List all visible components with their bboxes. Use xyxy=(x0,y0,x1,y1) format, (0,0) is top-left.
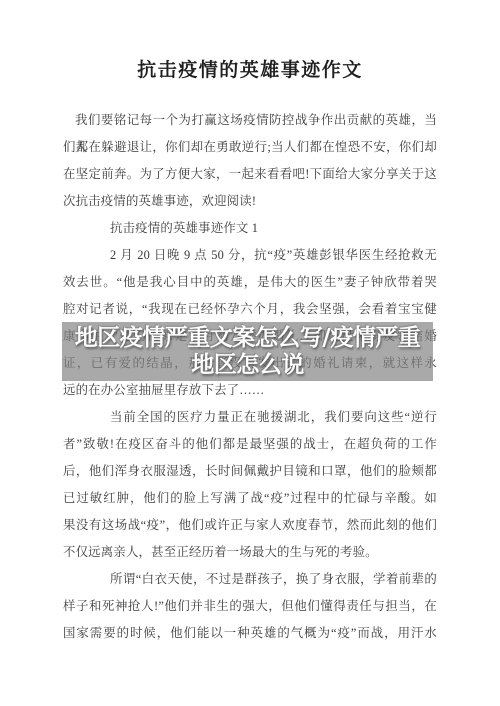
overlay-banner: 地区疫情严重文案怎么写/疫情严重 地区怎么说 xyxy=(62,322,433,381)
body-line: 2 月 20 日晚 9 点 50 分，抗“疫”英雄彭银华医生经抢救无 xyxy=(63,242,437,269)
body-line: 果没有这场战“疫”，他们或许正与家人欢度春节，然而此刻的他们 xyxy=(63,512,437,539)
body-line: 样子和死神抢人!”他们并非生的强大，但他们懂得责任与担当，在 xyxy=(63,593,437,620)
banner-title-line2: 地区怎么说 xyxy=(191,352,304,379)
body-line: 不仅远离亲人，甚至正经历着一场最大的生与死的考验。 xyxy=(63,539,437,566)
body-line: 所谓“白衣天使，不过是群孩子，换了身衣服，学着前辈的 xyxy=(63,566,437,593)
body-line: 当前全国的医疗力量正在驰援湖北，我们要向这些“逆行 xyxy=(63,404,437,431)
document-title: 抗击疫情的英雄事迹作文 xyxy=(0,57,500,84)
body-line: 国家需要的时候，他们能以一种英雄的气概为“疫”而战，用汗水 xyxy=(63,620,437,647)
body-line: 们都在躲避退让，你们却在勇敢逆行;当人们都在惶恐不安，你们却 xyxy=(63,134,437,161)
body-line: 腔对记者说，“我现在已经怀孕六个月，我会坚强，会看着宝宝健 xyxy=(63,296,437,323)
body-line: 已过敏红肿，他们的脸上写满了战“疫”过程中的忙碌与辛酸。如 xyxy=(63,485,437,512)
body-line: 我们要铭记每一个为打赢这场疫情防控战争作出贡献的英雄，当人 xyxy=(63,107,437,134)
body-line: 效去世。“他是我心目中的英雄，是伟大的医生”妻子钟欣带着哭 xyxy=(63,269,437,296)
banner-title-line1: 地区疫情严重文案怎么写/疫情严重 xyxy=(75,325,420,352)
body-line: 次抗击疫情的英雄事迹，欢迎阅读! xyxy=(63,188,437,215)
body-line: 抗击疫情的英雄事迹作文 1 xyxy=(63,215,437,242)
body-line: 远的在办公室抽屉里存放下去了…… xyxy=(63,377,437,404)
document-page: 抗击疫情的英雄事迹作文 我们要铭记每一个为打赢这场疫情防控战争作出贡献的英雄，当… xyxy=(0,0,500,706)
body-line: 在坚定前奔。为了方便大家，一起来看看吧!下面给大家分享关于这 xyxy=(63,161,437,188)
body-line: 后，他们浑身衣服湿透，长时间佩戴护目镜和口罩，他们的脸颊都 xyxy=(63,458,437,485)
body-line: 者”致敬!在疫区奋斗的他们都是最坚强的战士，在超负荷的工作 xyxy=(63,431,437,458)
